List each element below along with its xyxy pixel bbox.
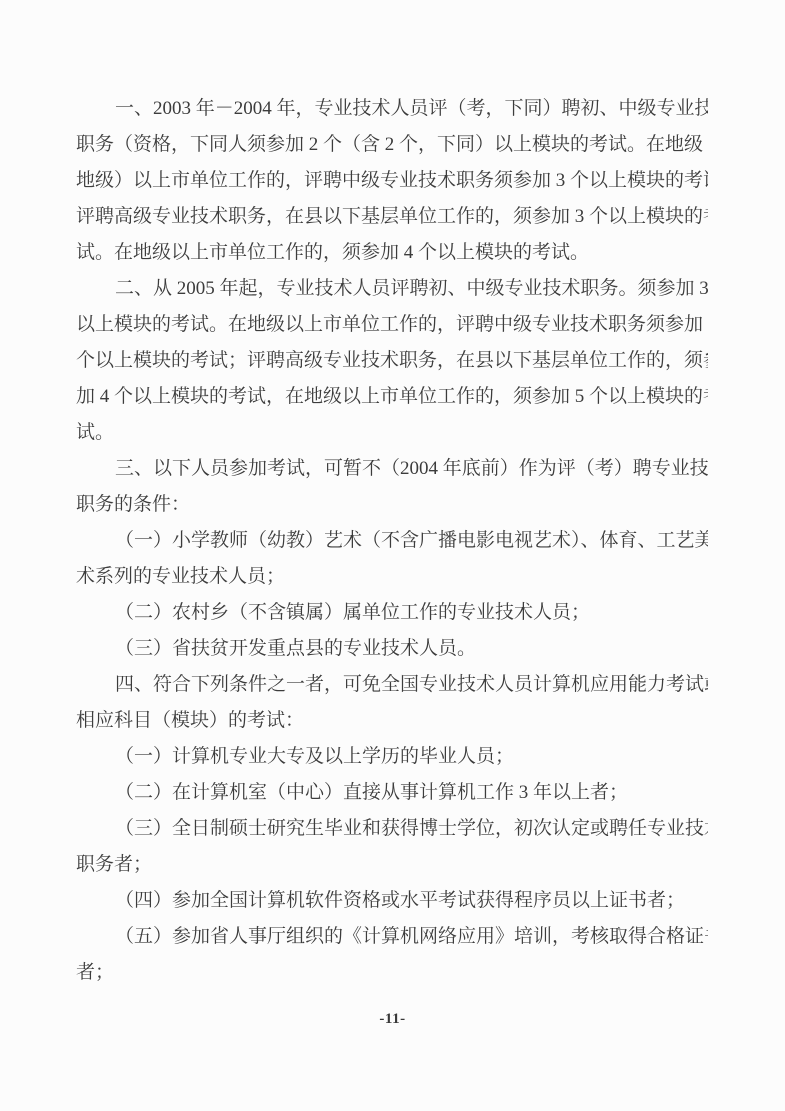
text-line: （五）参加省人事厅组织的《计算机网络应用》培训，考核取得合格证书 — [76, 919, 708, 955]
text-line: 试。在地级以上市单位工作的，须参加 4 个以上模块的考试。 — [76, 235, 708, 271]
text-line: 三、以下人员参加考试，可暂不（2004 年底前）作为评（考）聘专业技术 — [76, 451, 708, 487]
page-number: -11- — [0, 1010, 785, 1029]
text-line: 个以上模块的考试；评聘高级专业技术职务，在县以下基层单位工作的，须参 — [76, 343, 708, 379]
text-line: （四）参加全国计算机软件资格或水平考试获得程序员以上证书者； — [76, 883, 708, 919]
text-line: 四、符合下列条件之一者，可免全国专业技术人员计算机应用能力考试或 — [76, 667, 708, 703]
text-line: 试。 — [76, 415, 708, 451]
text-line: 二、从 2005 年起，专业技术人员评聘初、中级专业技术职务。须参加 3 个 — [76, 271, 708, 307]
text-line: 地级）以上市单位工作的，评聘中级专业技术职务须参加 3 个以上模块的考试； — [76, 163, 708, 199]
text-line: （一）计算机专业大专及以上学历的毕业人员； — [76, 739, 708, 775]
document-body: 一、2003 年－2004 年，专业技术人员评（考，下同）聘初、中级专业技术职务… — [76, 91, 708, 991]
text-line: 评聘高级专业技术职务，在县以下基层单位工作的，须参加 3 个以上模块的考 — [76, 199, 708, 235]
text-line: （三）全日制硕士研究生毕业和获得博士学位，初次认定或聘任专业技术 — [76, 811, 708, 847]
text-line: （一）小学教师（幼教）艺术（不含广播电影电视艺术）、体育、工艺美 — [76, 523, 708, 559]
text-line: （三）省扶贫开发重点县的专业技术人员。 — [76, 631, 708, 667]
text-line: 以上模块的考试。在地级以上市单位工作的，评聘中级专业技术职务须参加 4 — [76, 307, 708, 343]
text-line: 术系列的专业技术人员； — [76, 559, 708, 595]
text-line: 相应科目（模块）的考试： — [76, 703, 708, 739]
document-page: 一、2003 年－2004 年，专业技术人员评（考，下同）聘初、中级专业技术职务… — [0, 0, 785, 1111]
text-line: 职务的条件： — [76, 487, 708, 523]
text-line: 职务者； — [76, 847, 708, 883]
text-line: （二）在计算机室（中心）直接从事计算机工作 3 年以上者； — [76, 775, 708, 811]
text-line: 一、2003 年－2004 年，专业技术人员评（考，下同）聘初、中级专业技术 — [76, 91, 708, 127]
text-line: 加 4 个以上模块的考试，在地级以上市单位工作的，须参加 5 个以上模块的考 — [76, 379, 708, 415]
text-line: 者； — [76, 955, 708, 991]
text-line: （二）农村乡（不含镇属）属单位工作的专业技术人员； — [76, 595, 708, 631]
text-line: 职务（资格，下同人须参加 2 个（含 2 个，下同）以上模块的考试。在地级（含 — [76, 127, 708, 163]
